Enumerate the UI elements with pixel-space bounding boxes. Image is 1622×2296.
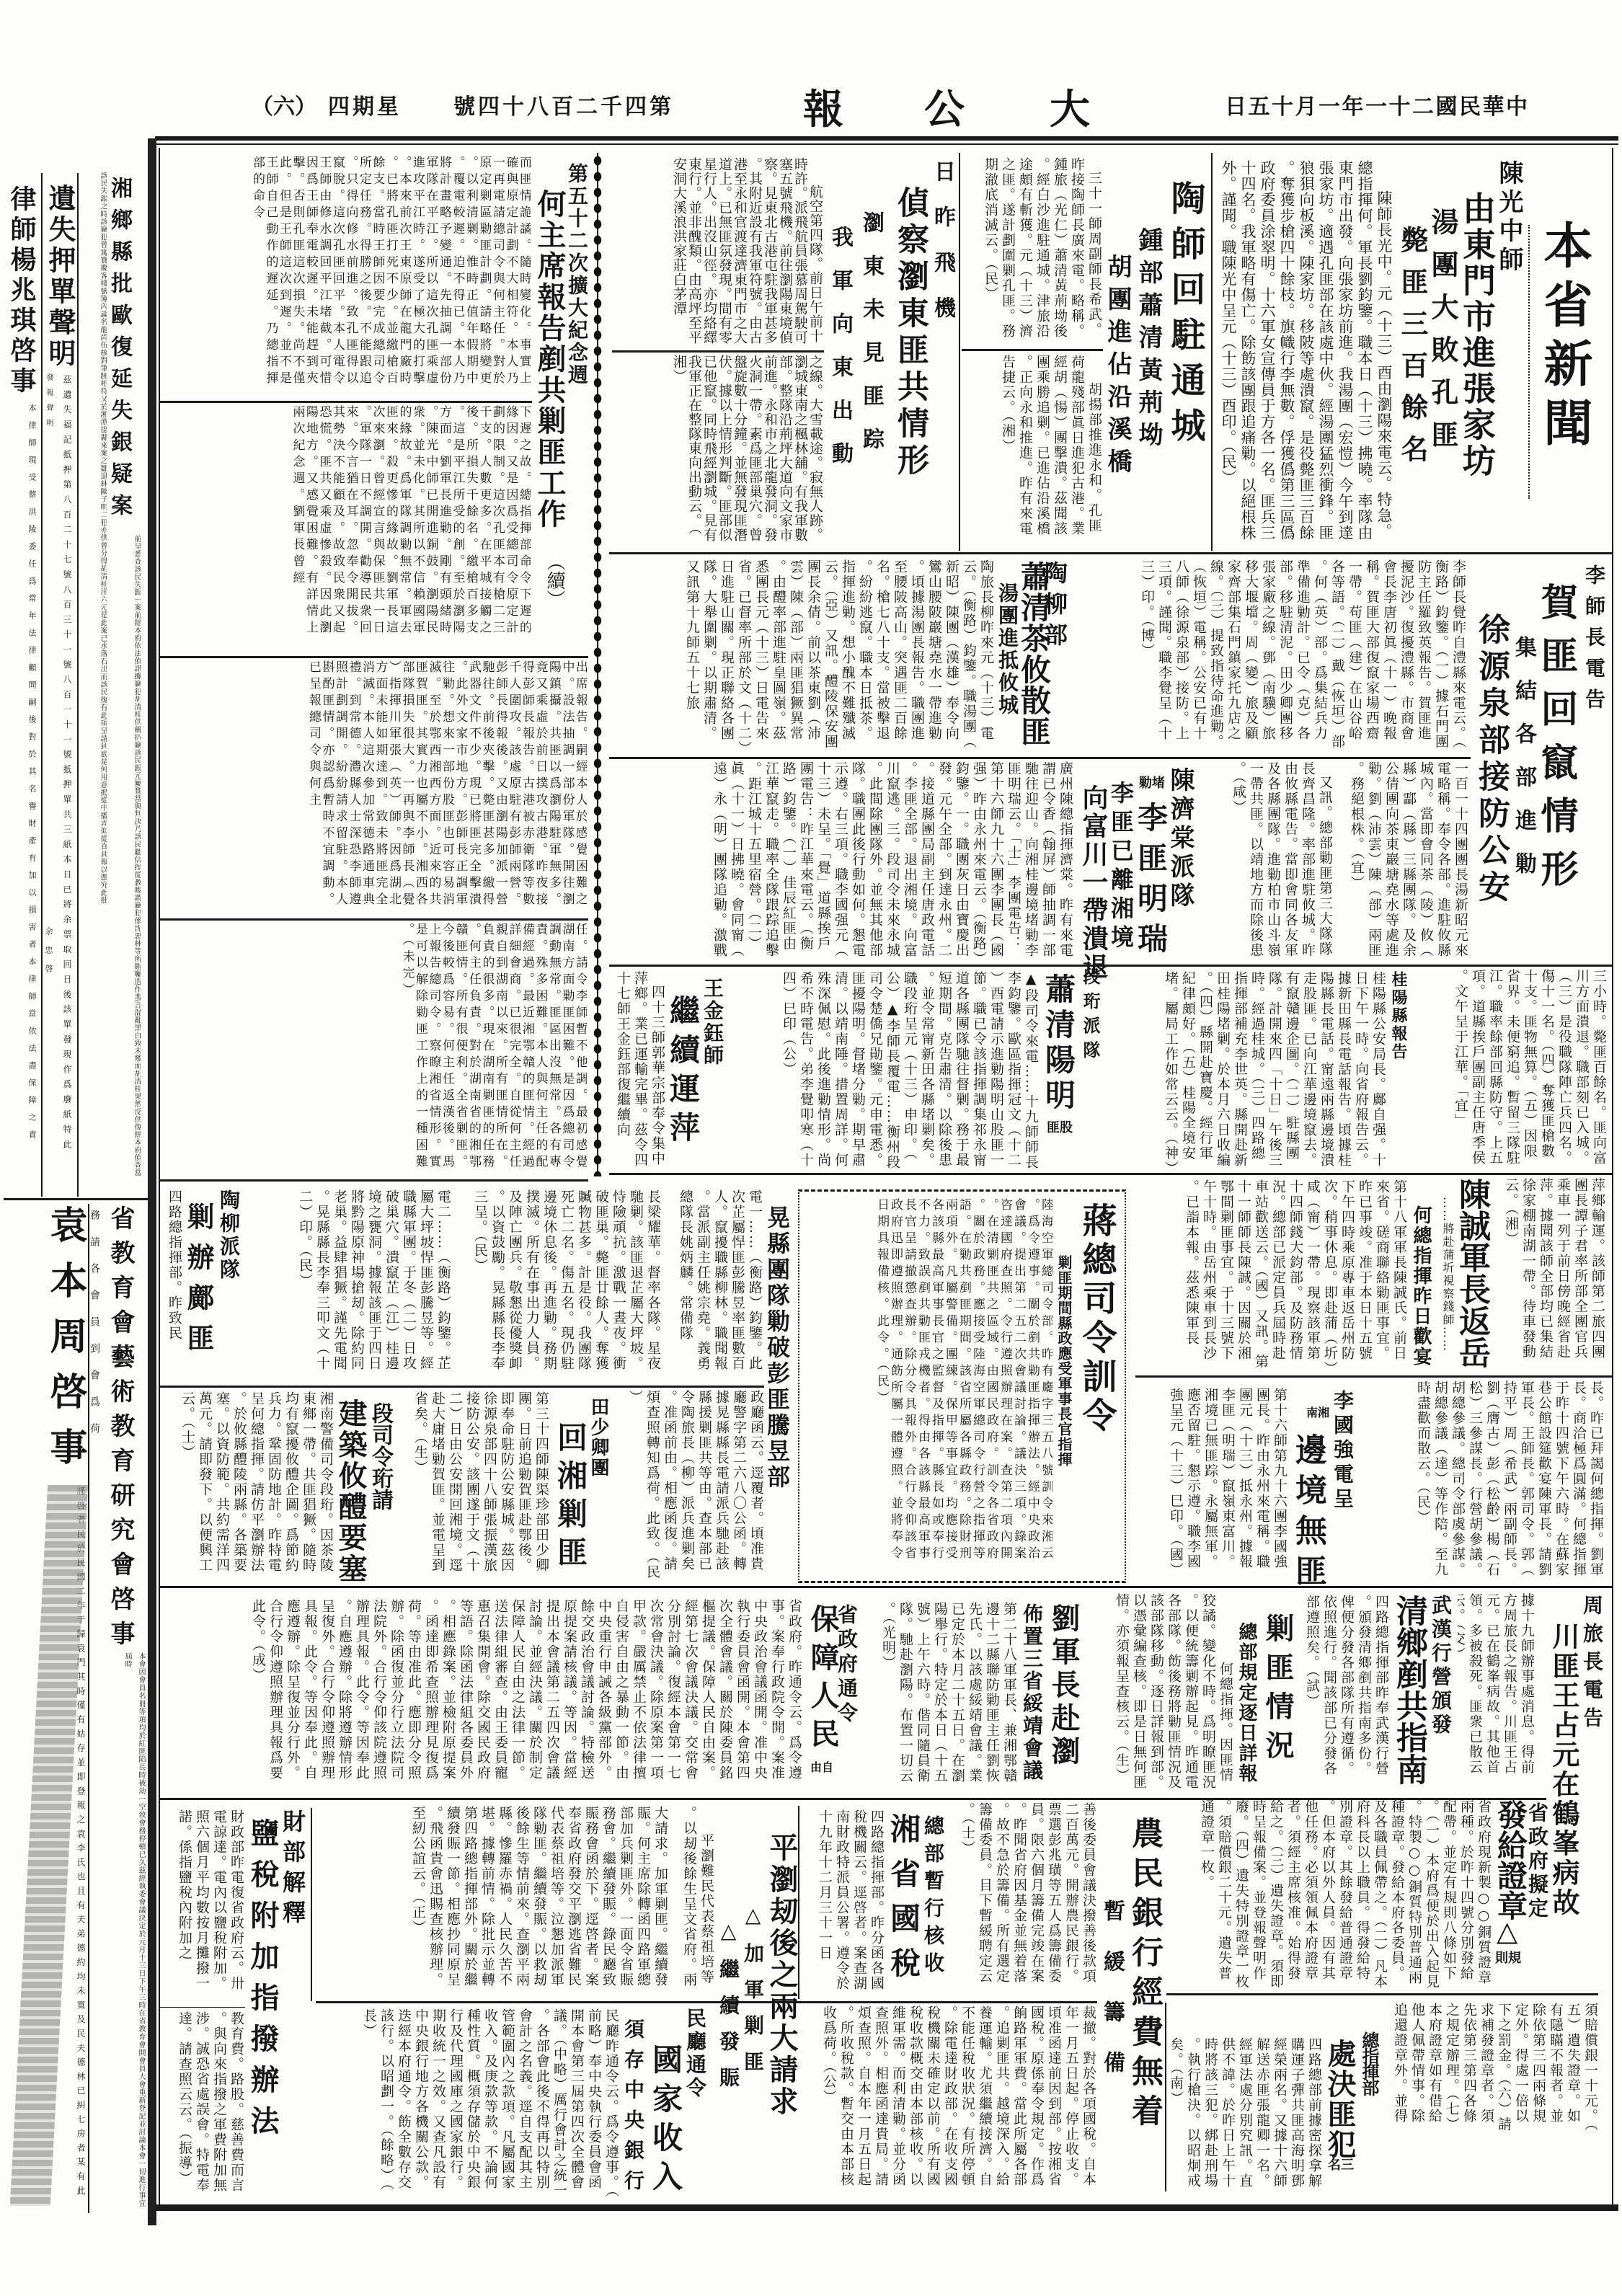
kicker: 桂陽縣報告 — [1391, 971, 1406, 1061]
subhead: 總部規定逐日詳報 — [1237, 1622, 1256, 1783]
headline: 國家收入 — [650, 2044, 681, 2199]
article-body: 一百一十四團團長湯新昭元來電略稱。奉令各部。進駐攸縣城內。當即會同茶（陵）攸（縣… — [1336, 761, 1469, 962]
headline-tail: 規則 — [1495, 1952, 1521, 1965]
headline: 繼續運萍 — [668, 995, 698, 1151]
row-rule — [609, 965, 1613, 967]
article-body: 航空第四隊。前日午前十時許。派飛航員張慕周駕駛可塞五號飛機。前往瀏陽東境偵察。見… — [612, 157, 823, 347]
kicker: 省政府擬定 — [1527, 1802, 1547, 1921]
headline: 何主席報告剷共剿匪工作 — [535, 189, 564, 530]
paper-name-char-da: 大 — [1050, 89, 1090, 130]
article-rule — [316, 2001, 1097, 2003]
headline: 回湘剿匪 — [555, 1422, 585, 1574]
kicker: 李師長電告 — [1584, 564, 1604, 719]
notice-signature: 余忠啓 — [45, 927, 53, 983]
paper-name-char-bao: 報 — [803, 89, 843, 130]
page-number: （六） — [252, 97, 316, 118]
article-body: 據十九師辦事處消息。得前方周旅長之報告。川匪王占元。已在鶴峯病故。其他首領。多被… — [1458, 1593, 1535, 1783]
subhead: 湯團進抵攸城 — [997, 582, 1017, 717]
headline: 胡團進佔沿溪橋 — [1105, 254, 1130, 481]
notice-body: 本律師現受蔡洪陵委任爲常年法律顧問嗣後對於其名譽財產有加以損害者本律師當依法盡保… — [27, 404, 37, 1197]
headline: 處決匪犯 — [1325, 2039, 1354, 2160]
region-label: 湘南 — [1306, 1407, 1329, 1419]
subhead: 向富川一帶潰退 — [1081, 784, 1107, 981]
headline: 陳誠軍長返岳 — [1455, 1178, 1487, 1368]
headline: 湘省國稅 — [888, 1813, 918, 1992]
article-body-continued: 裁撤。對於各項國稅。自本年一月五日起。停止收支。頃准函達前因到部。按湘省國稅。原… — [804, 2005, 1097, 2202]
notice-divider — [77, 173, 79, 1197]
section-title-divider — [1528, 225, 1530, 499]
column-rule — [959, 153, 960, 551]
headline: 清鄉剷共指南 — [1393, 1595, 1424, 1785]
kicker: 田少卿團 — [589, 1397, 608, 1478]
subhead: 陶柳派隊 — [218, 1189, 239, 1282]
article-body: 大請求。加軍剿匪。繼續發賑。何主席除轉函四路軍總部加兵剿匪外。一面令省賑務會。繼… — [316, 1806, 669, 1997]
subhead: 何總指揮昨日歡宴 — [1412, 1205, 1430, 1367]
section-title: 本省新聞 — [1540, 220, 1589, 456]
article-body: 省政府。昨通令云。爲令遵事。案奉行政院令開。案准中央政治會議函開。准中央執行委員… — [160, 1599, 803, 1795]
notice-headline: 湘鄉縣批歐復延失銀疑案 — [108, 177, 130, 526]
notice-headline: 袁本周啓事 — [46, 1205, 84, 1483]
subhead: 李匪已離湘境 — [1109, 781, 1133, 954]
article-body: 陳師長光中。元（十三）酉由瀏陽來電云。特急。總指揮何。軍長劉鈞鑒。職本日（十三）… — [1217, 160, 1393, 545]
article-body-band: 下遲之故。總指揮部命令下遲的緣因。又是因爲受總司令原定計劃的限制。這次孔匪本有槍… — [160, 405, 531, 652]
column-rule — [1211, 153, 1213, 551]
subhead: △繼續發賑 — [718, 1919, 738, 2103]
notice-body: 茲遺失福記抵押第八百二十七號八百三十一號八百一十一號抵押單共三紙本日已將余票取回… — [61, 375, 72, 1200]
headline: 偵察瀏東匪共情形 — [894, 186, 926, 480]
headline: 由東門市進張家坊 — [1461, 191, 1494, 479]
article-body: 陶旅長柳昨來元（十三）電云。（衡路）鈞鑒。職湯團（新昭）陳團（漢雄）奉令向鸞山腰… — [610, 559, 995, 754]
headline: 蕭清陽明 — [1043, 973, 1073, 1114]
subhead: 我軍向東出動 — [829, 226, 851, 485]
kicker: 陳光中師 — [1497, 160, 1521, 275]
article-body: 桂陽縣公安局長。鄺自强。十日下午一時。向省府報告云。據新田縣長電話報告。頃據桂陽… — [1117, 971, 1387, 1171]
article-rule — [1135, 1375, 1613, 1378]
subhead: 集結各部進勦 — [1512, 636, 1534, 895]
row-rule — [159, 1586, 1613, 1588]
issue-number: 第四千二百八十四號 — [453, 97, 674, 118]
article-body-continued: 長。昨已拜謁何總指揮。劉軍長。商洽極爲圓滿。何總指揮于昨十四號下午六時。在蘇家巷… — [1370, 1380, 1605, 1581]
notice-headline: 律師楊兆琪啓事 — [9, 185, 35, 397]
headline: 蕭清茶攸散匪 — [1019, 561, 1049, 747]
headline: 剿辦鄺匪 — [185, 1202, 212, 1364]
article-body: 之線。大雪載途。寂無人跡。瀏城東南之楓林舖。有我軍數部。整隊沿荊坪大道向文家市前… — [612, 355, 823, 548]
notice-headline: 遺失押單聲明 — [46, 184, 74, 370]
headline: 蔣總司令訓令 — [1079, 1202, 1114, 1436]
headline: 劉軍長赴瀏 — [1049, 1603, 1078, 1769]
decorative-chain-rule — [591, 153, 604, 1176]
article-rule — [612, 350, 824, 353]
article-rule — [962, 349, 1103, 351]
headline: 賀匪回竄情形 — [1537, 582, 1574, 903]
article-body: 四路總部前據密探拿解購運子彈共匪高海明鄧經榮兩名。又據十六師解送赤匪張龍卿一名。… — [1171, 2037, 1323, 2192]
article-body: 四十三師郭華宗部奉令集中萍鄉。業已運輸完畢。茲令四十七師王金鈺部復繼續向 — [610, 971, 666, 1171]
kicker: 陳濟棠派隊 — [1168, 767, 1192, 911]
article-body: 湘南警備司令段珩。因茶陵東鄉一帶。共匪猖獗。隨時均有竄擾攸醴企圖。爲節約兵力。鞏… — [163, 1391, 334, 1582]
headline: 晃縣團隊勦破彭匪騰昱部 — [766, 1205, 789, 1491]
subhead: 徐源泉部接防公安 — [1475, 613, 1507, 907]
article-body-band: 而匪情詭譎。隨時變化。事實上確與原定計劃不大相符。本人乃一再電請總司令與何主任。… — [160, 156, 531, 398]
masthead-rule-thin — [155, 143, 1618, 145]
notice-body: 該民失銀之時該竊犯曾寓寶慶客棧號簿內論名龍尚伍核對筆跡相符又於湘潭提縣來案之鄒退… — [88, 172, 107, 1181]
notice-headline: 省教育會藝術教育研究會啓事 — [108, 1205, 133, 1655]
headline: 建築攸醴要塞 — [336, 1399, 365, 1584]
headline-tail: 股匪 — [1047, 1122, 1073, 1135]
article-body: 三十一師周副師長希武。昨接陶師長廣來電。略稱。鍾旅（光仁）蕭清黃荊坳後。經白沙進… — [963, 157, 1103, 346]
kicker: 日昨飛機 — [931, 160, 953, 342]
subhead: 總部暫行核收 — [923, 1815, 943, 1980]
article-body-continued: 政廳函云。逕覆者。頃准貴廳警字第二六八〇公函。轉據晃縣縣長電請派兵馳赴該縣援剿匪… — [617, 1390, 765, 1582]
headline: 剿匪情況 — [1263, 1613, 1292, 1769]
article-body: 長梁耀華。督率各隊。星夜馳剿。該匪退芷屬大坪坡。恃險頑抗。激戰一晝夜。衝破匪巢。… — [469, 1189, 662, 1383]
page-frame-right — [1612, 148, 1613, 2209]
headline: 李匪明瑞 — [1135, 802, 1166, 963]
article-rule — [609, 757, 1471, 759]
kicker: 王金鈺師 — [702, 978, 722, 1067]
article-body: 李師長覺昨自澧縣來電云。（衡路）鈞鑒。（一）據石門團防主任羅致英報告。賀匪進擾泥… — [1085, 559, 1467, 753]
row-rule — [609, 1173, 1613, 1175]
article-body: 三小時。斃匪百餘名。匪向富川方面潰退。職部刻已入城。（三）是役職隊陣亡兵四名。傷… — [1417, 969, 1608, 1169]
article-body: 四路總指揮部。昨致民 — [161, 1189, 183, 1383]
headline: 發給證章 — [1495, 1799, 1525, 1920]
kicker: 段司令珩請 — [369, 1402, 391, 1510]
page-bottom-rule — [155, 2204, 1618, 2211]
kicker: 總指揮部 — [1360, 2031, 1378, 2095]
article-body: 何總指揮。因匪情狡譎。變化不時。爲明瞭匪況。以便統籌剿辦起見。昨通電各部隊。飭後… — [1077, 1593, 1234, 1794]
subhead: 斃匪三百餘名 — [1399, 226, 1426, 477]
kicker: 李國強電呈 — [1332, 1390, 1352, 1512]
band-rule — [160, 656, 588, 658]
article-body-continued: 萍鄉輸運。該師第二旅四團團長譚子君率所部全團官兵乘車一列于前日傍晚經省赴萍。據聞… — [1498, 1178, 1606, 1371]
article-body-band: 出席報告。嗣經本人於感覺困難之中。設法抽調一部份軍隊。開往瀏陽鎮攝。共匪以爲瀏陽… — [160, 660, 587, 916]
article-body-band: 任。請令李師暫不他調。最初感覺湖南方面勦匪困難。是因爲總司令調動無常。匪區出沒無… — [160, 923, 587, 1176]
notice-note: 務請各會員到會爲荷 — [89, 1210, 99, 1450]
article-body: ▲段司令來電……十九師師長李鈞鑒。歐區指揮冠文（十二）酉電請示進勦陽明山股匪一節… — [730, 971, 1040, 1171]
band-rule — [160, 401, 532, 403]
band-rule — [160, 918, 588, 921]
kicker: 財部解釋 — [281, 1809, 304, 1931]
column-rule — [311, 1808, 312, 2001]
article-body: 四路總指揮部。昨分函各國稅機關云。逕啓者。案查湖南財政特派員公署。遵令於十九年十… — [806, 1809, 885, 1995]
headline: 平瀏刼後之兩大請求 — [767, 1832, 796, 2118]
continued-label: （續） — [545, 552, 564, 608]
notice-divider — [4, 1198, 148, 1200]
article-body: 善後委員會議決撥善後款項二百萬元。開辦農民銀行。票選彭兆璜等五人爲籌備委員。限六… — [946, 1802, 1097, 1998]
masthead-rule-thick — [155, 136, 1618, 141]
subhead: 須存中央銀行 — [623, 2018, 643, 2200]
subhead: 鍾部蕭清黃荊坳 — [1136, 227, 1161, 454]
headline: 川匪王占元在鶴峯病故 — [1550, 1622, 1577, 1918]
kicker: ……將赴蒲圻視察錢師…… — [1442, 1197, 1453, 1352]
column-break-rule — [160, 2007, 245, 2008]
kicker: 武漢行營頒發 — [1430, 1595, 1450, 1737]
subhead: 暫緩籌備 — [1101, 1900, 1122, 2101]
article-body-continued: 須賠償銀一十元。（五）遺失證章。如有隱瞞不報者。並除依第三四兩條規定外。得處一倍… — [1390, 2003, 1599, 2132]
article-body: 四路總指揮部昨奉武漢行營。頒發清鄉剷共指南多份。俾便分發各部隊所有遵循。依照進行… — [1292, 1595, 1390, 1789]
notice-body: 前呈悉查該民失銀一案前經本府依法偵訊據竊犯胡清桂供稱扒竊該民銀元屬實當與判決乃該… — [131, 535, 141, 1180]
column-rule — [1165, 2003, 1166, 2191]
notice-divider — [41, 173, 43, 1197]
binding-edge-shadow — [148, 138, 156, 2225]
kicker: 民廳通令 — [685, 2008, 705, 2100]
row-rule — [609, 552, 1613, 554]
publication-date: 中華民國二十一年一月十五日 — [1225, 97, 1530, 118]
article-body: 教育費。路股。慈善費而言。與向來指撥之軍費附加無涉。誠恐省處誤會。特電奉達。請查… — [160, 2011, 245, 2202]
subhead: 剿匪期間縣政應受軍事長官指揮 — [1057, 1255, 1071, 1467]
article-body: 平瀏難民代表蔡祖培等。以刼後餘生呈文省府。兩 — [672, 1806, 715, 1997]
kicker: 周旅長電告 — [1582, 1595, 1602, 1735]
article-body: 第二十八軍軍長、兼湘鄂贛邊十二縣聯防勦匪主任劉恢先氏。以該處綏靖會議。業已定於本… — [865, 1602, 1018, 1794]
subhead: 湯團大敗孔匪 — [1429, 208, 1456, 463]
notice-tag: 發報聲明 — [45, 373, 52, 434]
weekday: 星期四 — [328, 97, 402, 118]
kicker: 段珩派隊 — [1081, 967, 1099, 1065]
kicker: 第五十二次擴大紀念週 — [567, 163, 587, 386]
headline: 鹽稅附加指撥辦法 — [248, 1818, 277, 2147]
article-body: 電一……（衡路）鈞鑒。此次芷屬悍匪彭騰昱率匪數百人。竄擾職縣柳林。職聞報。當派副… — [664, 1189, 763, 1383]
paper-name-char-gong: 公 — [924, 89, 965, 130]
subhead: △加軍剿匪 — [743, 1903, 763, 2087]
kicker-small: 堵勦 — [1139, 777, 1165, 790]
headline-tail: 三名 — [1328, 2159, 1354, 2172]
article-body: 第十八軍軍長陳誠氏。前日來省。磋商聯絡勦匪事宜。昨已事竣。准于本日十五號下午四時… — [1135, 1179, 1408, 1371]
article-body: 廣州陳總指揮濟棠。昨有來電謂已令香（翰屏）師抽調一部馳往迎山。向湘桂邊境堵勦李匪… — [610, 761, 1074, 962]
article-body: 胡揚部推進永和。孔匪荷龍殘部眞日進犯古港。業經胡（愓）團擊潰。茲聞該團乘勝追剿。… — [963, 355, 1103, 546]
triangle-mark: △ — [1497, 1918, 1517, 1945]
article-body: 電二……（衡路）鈞鑒。芷屬大坪坡悍匪彭騰昱等。經職縣軍團。于冬（二）日攻破巢穴。… — [250, 1189, 452, 1383]
headline-tail: 自由 — [810, 1762, 833, 1773]
notice-body: 本會因會員名冊等項均於紅匪陷長時被劫一空致會務停頓已久茲經執委會議決定於元月十三… — [120, 1652, 148, 2211]
article-body: 省政府現新製○○銅質證章兩種。於昨十四號分別發給配帶。並定有規則八條如下。（一）… — [1166, 1799, 1492, 1990]
article-rule — [1166, 1993, 1598, 1995]
band-rule — [160, 1179, 588, 1182]
subhead: 佈置三省綏靖會議 — [1021, 1603, 1042, 1782]
article-body: 民廳昨通令云。爲令遵事。（前略）奉中央執行委員會函開本會第三屆第四次全體會議。（… — [323, 2008, 620, 2202]
article-body: 第三十四師陳渠珍部田少卿團。日前追勦賀匪赴鄂後。即奉命駐防公安縣城。茲因徐源泉部… — [402, 1391, 550, 1582]
headline: 保障人民 — [808, 1604, 837, 1757]
article-body: 第十六師第九十六團李國強團長。昨由永州來電稱。職團元（十三）抵永州。據報李匪（明… — [1135, 1388, 1288, 1581]
article-body: 陸海空軍總司令部。昨有廳字三五八號訓令來湘云。爲令遵事。關於剷共勦匪指揮辦法。經… — [806, 1198, 1052, 1577]
article-body: 又訊。總部勦匪第三大隊隊長齊昌隆。率部進駐攸城。昨由攸縣電告。當即會同各友軍及各… — [1200, 761, 1334, 962]
headline: 邊境無匪 — [1292, 1433, 1324, 1595]
headline: 陶師回駐通城 — [1168, 180, 1202, 453]
article-rule — [159, 1386, 764, 1388]
headline: 農民銀行經費無着 — [1128, 1817, 1160, 2134]
article-body: 財政部昨電復省政府云。卅電諒達。電內以鹽稅附加。照六個月平均數按月攤撥一諾。係指… — [160, 1809, 245, 2003]
subhead: 瀏東未見匪踪 — [860, 211, 882, 471]
